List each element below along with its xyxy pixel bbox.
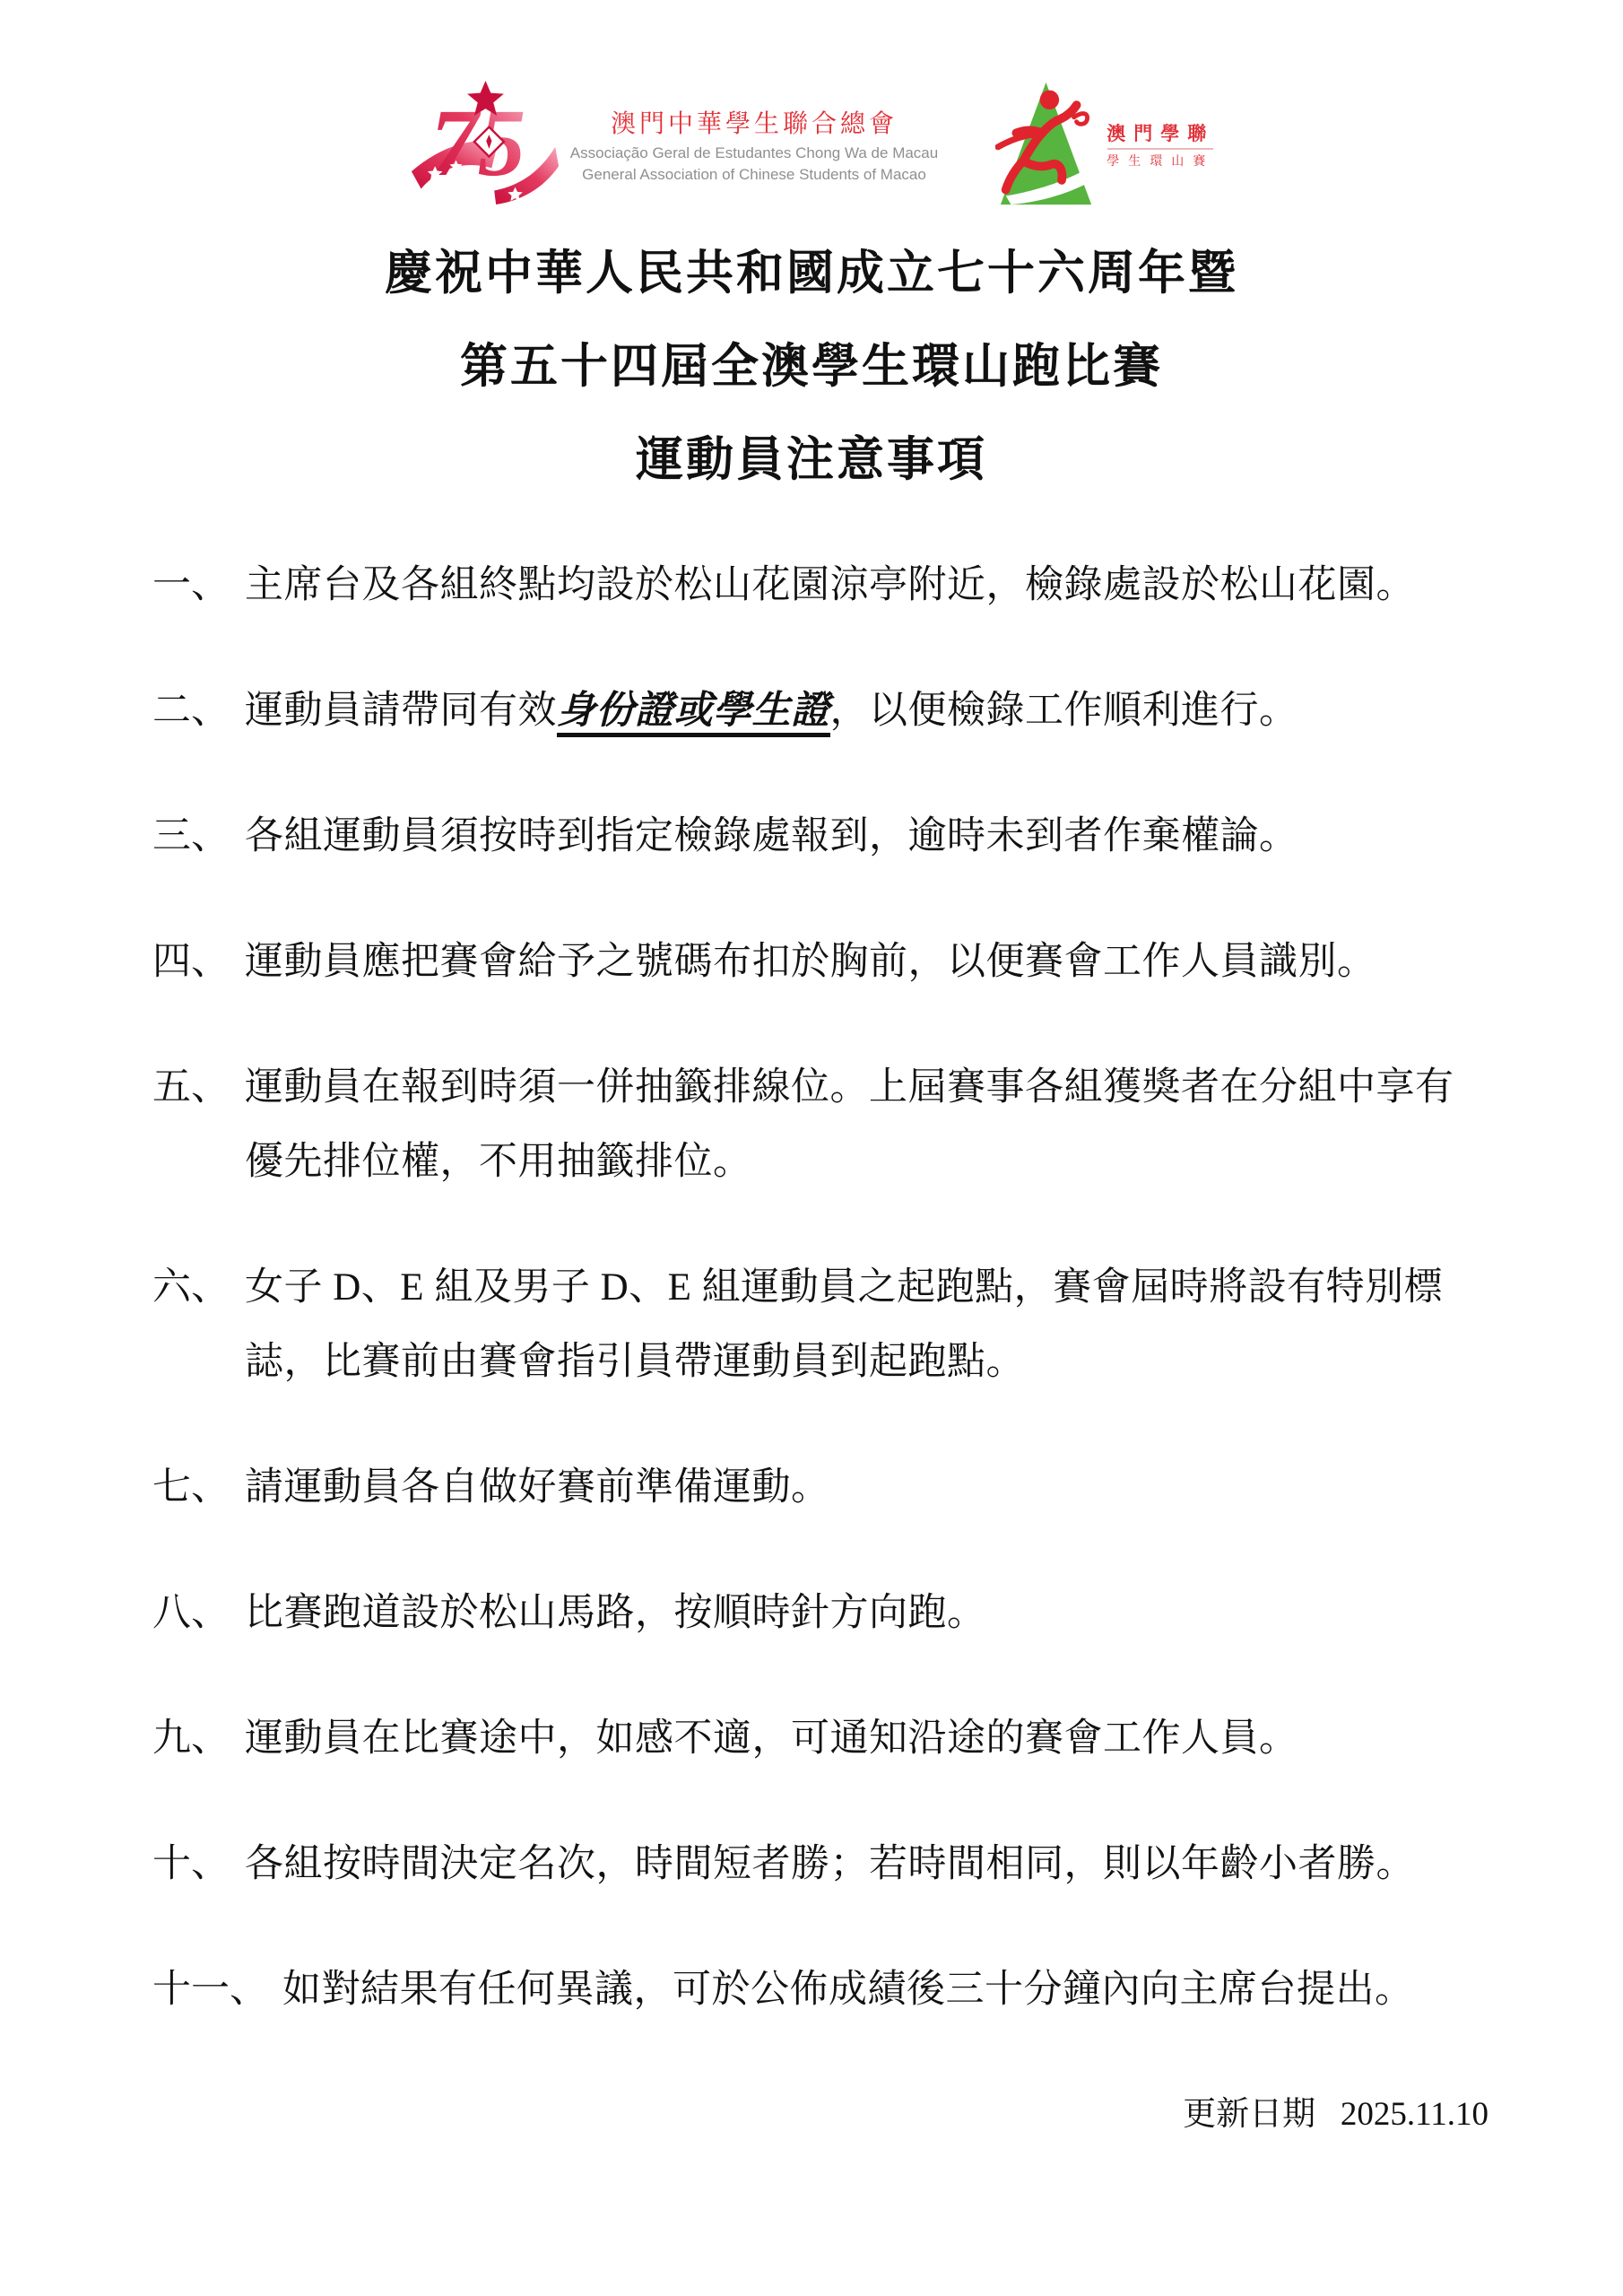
org-name-en: General Association of Chinese Students … xyxy=(582,164,926,186)
list-item: 三、各組運動員須按時到指定檢錄處報到，逾時未到者作棄權論。 xyxy=(152,799,1491,874)
list-item-text: 運動員在比賽途中，如感不適，可通知沿途的賽會工作人員。 xyxy=(245,1701,1491,1776)
list-item-number: 四、 xyxy=(152,925,245,999)
emphasized-text: 身份證或學生證 xyxy=(557,690,830,737)
footer: 更新日期 2025.11.10 xyxy=(0,2094,1623,2135)
list-item: 九、運動員在比賽途中，如感不適，可通知沿途的賽會工作人員。 xyxy=(152,1701,1491,1776)
list-item: 五、運動員在報到時須一併抽籤排線位。上屆賽事各組獲獎者在分組中享有優先排位權，不… xyxy=(152,1050,1491,1199)
federation-name-zh: 澳門學聯 xyxy=(1107,123,1214,146)
org-name-zh: 澳門中華學生聯合總會 xyxy=(611,107,898,143)
list-item-text: 各組運動員須按時到指定檢錄處報到，逾時未到者作棄權論。 xyxy=(245,799,1491,874)
list-item-text: 運動員應把賽會給予之號碼布扣於胸前，以便賽會工作人員識別。 xyxy=(245,925,1491,999)
list-item: 八、比賽跑道設於松山馬路，按順時針方向跑。 xyxy=(152,1576,1491,1650)
list-item-number: 十一、 xyxy=(152,1952,282,2027)
list-item-number: 七、 xyxy=(152,1450,245,1525)
title-line-3: 運動員注意事項 xyxy=(0,413,1623,507)
list-item-text: 運動員請帶同有效身份證或學生證，以便檢錄工作順利進行。 xyxy=(245,674,1491,748)
logo-divider xyxy=(1107,148,1213,150)
list-item-number: 六、 xyxy=(152,1250,245,1325)
list-item-number: 二、 xyxy=(152,674,245,748)
mountain-runner-logo-icon xyxy=(995,77,1096,214)
list-item: 四、運動員應把賽會給予之號碼布扣於胸前，以便賽會工作人員識別。 xyxy=(152,925,1491,999)
list-item-text: 各組按時間決定名次，時間短者勝；若時間相同，則以年齡小者勝。 xyxy=(245,1827,1491,1901)
list-item-text: 女子 D、E 組及男子 D、E 組運動員之起跑點，賽會屆時將設有特別標誌，比賽前… xyxy=(245,1250,1491,1399)
document-page: 75 澳門中華學生聯合總會 Associação Geral de Estuda… xyxy=(0,0,1623,2296)
list-item: 二、運動員請帶同有效身份證或學生證，以便檢錄工作順利進行。 xyxy=(152,674,1491,748)
race-name-zh: 學生環山賽 xyxy=(1107,152,1214,169)
notice-list: 一、主席台及各組終點均設於松山花園涼亭附近，檢錄處設於松山花園。二、運動員請帶同… xyxy=(152,548,1491,2027)
list-item-number: 十、 xyxy=(152,1827,245,1901)
updated-date-value: 2025.11.10 xyxy=(1341,2096,1488,2133)
updated-date-label: 更新日期 xyxy=(1183,2096,1315,2133)
list-item-text: 請運動員各自做好賽前準備運動。 xyxy=(245,1450,1491,1525)
list-item-text: 主席台及各組終點均設於松山花園涼亭附近，檢錄處設於松山花園。 xyxy=(245,548,1491,622)
list-item-text: 如對結果有任何異議，可於公佈成績後三十分鐘內向主席台提出。 xyxy=(282,1952,1491,2027)
title-line-1: 慶祝中華人民共和國成立七十六周年暨 xyxy=(0,227,1623,320)
list-item: 十一、如對結果有任何異議，可於公佈成績後三十分鐘內向主席台提出。 xyxy=(152,1952,1491,2027)
left-org-logo: 75 澳門中華學生聯合總會 Associação Geral de Estuda… xyxy=(409,77,938,214)
list-item: 六、女子 D、E 組及男子 D、E 組運動員之起跑點，賽會屆時將設有特別標誌，比… xyxy=(152,1250,1491,1399)
anniversary-75-logo-icon: 75 xyxy=(409,77,561,214)
list-item-number: 三、 xyxy=(152,799,245,874)
list-item-number: 九、 xyxy=(152,1701,245,1776)
right-org-logo: 澳門學聯 學生環山賽 xyxy=(995,77,1214,214)
list-item-number: 一、 xyxy=(152,548,245,622)
list-item: 七、請運動員各自做好賽前準備運動。 xyxy=(152,1450,1491,1525)
list-item: 十、各組按時間決定名次，時間短者勝；若時間相同，則以年齡小者勝。 xyxy=(152,1827,1491,1901)
document-title: 慶祝中華人民共和國成立七十六周年暨 第五十四屆全澳學生環山跑比賽 運動員注意事項 xyxy=(0,227,1623,507)
list-item-text: 運動員在報到時須一併抽籤排線位。上屆賽事各組獲獎者在分組中享有優先排位權，不用抽… xyxy=(245,1050,1491,1199)
left-org-names: 澳門中華學生聯合總會 Associação Geral de Estudante… xyxy=(570,107,938,186)
list-item-number: 五、 xyxy=(152,1050,245,1125)
list-item: 一、主席台及各組終點均設於松山花園涼亭附近，檢錄處設於松山花園。 xyxy=(152,548,1491,622)
title-line-2: 第五十四屆全澳學生環山跑比賽 xyxy=(0,320,1623,413)
list-item-number: 八、 xyxy=(152,1576,245,1650)
header: 75 澳門中華學生聯合總會 Associação Geral de Estuda… xyxy=(0,0,1623,220)
org-name-pt: Associação Geral de Estudantes Chong Wa … xyxy=(570,143,938,164)
list-item-text: 比賽跑道設於松山馬路，按順時針方向跑。 xyxy=(245,1576,1491,1650)
right-org-names: 澳門學聯 學生環山賽 xyxy=(1107,123,1214,169)
